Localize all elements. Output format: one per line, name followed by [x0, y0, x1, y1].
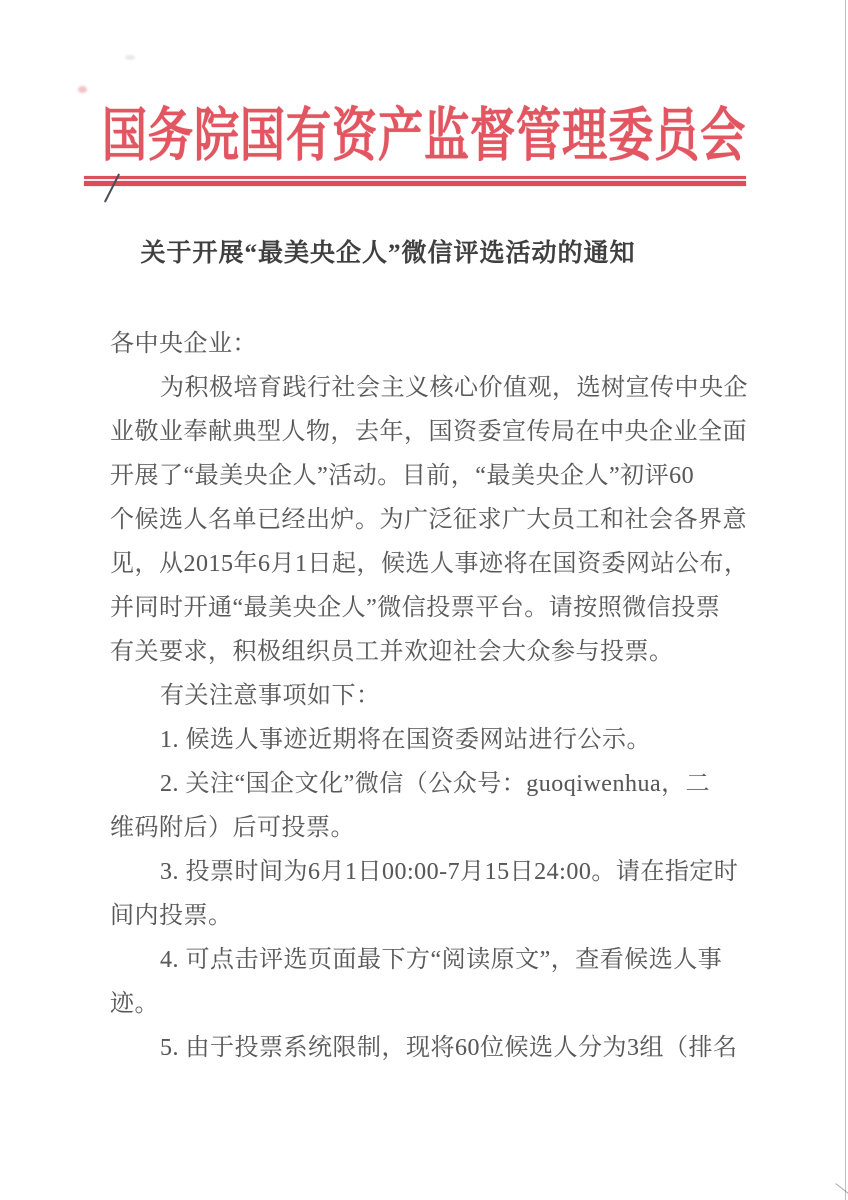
text-line: 个候选人名单已经出炉。为广泛征求广大员工和社会各界意 [110, 498, 770, 542]
text-line: 5. 由于投票系统限制，现将60位候选人分为3组（排名 [110, 1026, 770, 1070]
text-line: 1. 候选人事迹近期将在国资委网站进行公示。 [110, 718, 770, 762]
text-line: 各中央企业： [110, 322, 770, 366]
letterhead-org-name: 国务院国有资产监督管理委员会 [93, 96, 754, 176]
document-title: 关于开展“最美央企人”微信评选活动的通知 [0, 236, 776, 272]
text-line: 迹。 [110, 982, 770, 1026]
text-line: 2. 关注“国企文化”微信（公众号：guoqiwenhua，二 [110, 762, 770, 806]
text-line: 开展了“最美央企人”活动。目前，“最美央企人”初评60 [110, 454, 770, 498]
scan-speck [125, 55, 135, 60]
scan-edge-line [845, 0, 846, 1200]
text-line: 4. 可点击评选页面最下方“阅读原文”，查看候选人事 [110, 938, 770, 982]
scan-corner-tick [835, 1183, 848, 1194]
body-text: 各中央企业：为积极培育践行社会主义核心价值观，选树宣传中央企业敬业奉献典型人物，… [110, 322, 770, 1070]
text-line: 为积极培育践行社会主义核心价值观，选树宣传中央企 [110, 366, 770, 410]
text-line: 间内投票。 [110, 894, 770, 938]
letterhead-rule [84, 176, 746, 186]
text-line: 业敬业奉献典型人物，去年，国资委宣传局在中央企业全面 [110, 410, 770, 454]
scan-speck [78, 86, 87, 93]
text-line: 维码附后）后可投票。 [110, 806, 770, 850]
document-page: 国务院国有资产监督管理委员会 关于开展“最美央企人”微信评选活动的通知 各中央企… [0, 0, 848, 1200]
text-line: 见，从2015年6月1日起，候选人事迹将在国资委网站公布， [110, 542, 770, 586]
text-line: 并同时开通“最美央企人”微信投票平台。请按照微信投票 [110, 586, 770, 630]
text-line: 有关要求，积极组织员工并欢迎社会大众参与投票。 [110, 630, 770, 674]
letterhead-rule-thick [84, 181, 746, 186]
text-line: 3. 投票时间为6月1日00:00-7月15日24:00。请在指定时 [110, 850, 770, 894]
text-line: 有关注意事项如下： [110, 674, 770, 718]
